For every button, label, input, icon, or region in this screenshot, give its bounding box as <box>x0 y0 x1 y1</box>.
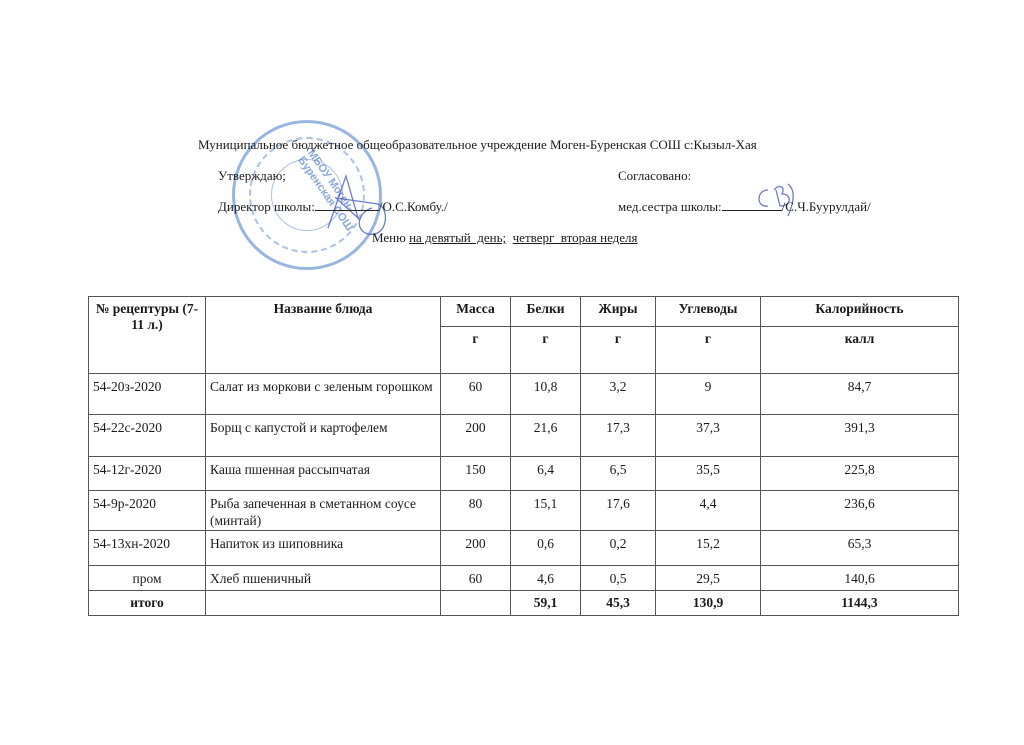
header-mass: Масса <box>441 297 511 327</box>
cell-carbs: 9 <box>656 374 761 415</box>
table-row: 54-9р-2020Рыба запеченная в сметанном со… <box>89 491 959 531</box>
nurse-line: мед.сестра школы:/С.Ч.Буурулдай/ <box>618 199 871 215</box>
approval-label: Утверждаю; <box>218 168 286 184</box>
cell-dish: Напиток из шиповника <box>206 531 441 566</box>
cell-dish: Хлеб пшеничный <box>206 566 441 591</box>
cell-carbs: 15,2 <box>656 531 761 566</box>
table-row: промХлеб пшеничный604,60,529,5140,6 <box>89 566 959 591</box>
cell-recipe: 54-22с-2020 <box>89 415 206 457</box>
cell-fat: 0,2 <box>581 531 656 566</box>
header-protein: Белки <box>511 297 581 327</box>
cell-fat: 17,3 <box>581 415 656 457</box>
cell-carbs: 35,5 <box>656 457 761 491</box>
cell-calories: 236,6 <box>761 491 959 531</box>
menu-week: четверг вторая неделя <box>513 230 638 245</box>
cell-protein: 21,6 <box>511 415 581 457</box>
cell-dish: Рыба запеченная в сметанном соусе (минта… <box>206 491 441 531</box>
cell-mass: 80 <box>441 491 511 531</box>
total-calories: 1144,3 <box>761 591 959 616</box>
cell-calories: 391,3 <box>761 415 959 457</box>
total-label: итого <box>89 591 206 616</box>
cell-dish: Борщ с капустой и картофелем <box>206 415 441 457</box>
total-dish <box>206 591 441 616</box>
total-protein: 59,1 <box>511 591 581 616</box>
unit-fat: г <box>581 327 656 374</box>
total-row: итого 59,1 45,3 130,9 1144,3 <box>89 591 959 616</box>
cell-carbs: 29,5 <box>656 566 761 591</box>
cell-mass: 150 <box>441 457 511 491</box>
cell-mass: 200 <box>441 531 511 566</box>
header-carbs: Углеводы <box>656 297 761 327</box>
cell-fat: 0,5 <box>581 566 656 591</box>
cell-recipe: 54-20з-2020 <box>89 374 206 415</box>
menu-day: на девятый день; <box>409 230 506 245</box>
director-role: Директор школы: <box>218 199 315 214</box>
cell-calories: 225,8 <box>761 457 959 491</box>
cell-carbs: 4,4 <box>656 491 761 531</box>
cell-protein: 15,1 <box>511 491 581 531</box>
cell-mass: 200 <box>441 415 511 457</box>
unit-calories: калл <box>761 327 959 374</box>
cell-dish: Каша пшенная рассыпчатая <box>206 457 441 491</box>
total-fat: 45,3 <box>581 591 656 616</box>
menu-title: Меню на девятый день; четверг вторая нед… <box>372 230 638 246</box>
nurse-signature-line <box>722 210 782 211</box>
menu-prefix: Меню <box>372 230 409 245</box>
director-signature-line <box>315 210 379 211</box>
header-row: № рецептуры (7-11 л.) Название блюда Мас… <box>89 297 959 327</box>
table-row: 54-12г-2020Каша пшенная рассыпчатая1506,… <box>89 457 959 491</box>
cell-calories: 65,3 <box>761 531 959 566</box>
cell-fat: 6,5 <box>581 457 656 491</box>
cell-protein: 0,6 <box>511 531 581 566</box>
header-fat: Жиры <box>581 297 656 327</box>
cell-recipe: 54-12г-2020 <box>89 457 206 491</box>
unit-protein: г <box>511 327 581 374</box>
cell-carbs: 37,3 <box>656 415 761 457</box>
director-line: Директор школы:/О.С.Комбу./ <box>218 199 448 215</box>
nurse-name: /С.Ч.Буурулдай/ <box>782 199 871 214</box>
nurse-role: мед.сестра школы: <box>618 199 722 214</box>
cell-dish: Салат из моркови с зеленым горошком <box>206 374 441 415</box>
table-row: 54-22с-2020Борщ с капустой и картофелем2… <box>89 415 959 457</box>
header-calories: Калорийность <box>761 297 959 327</box>
cell-recipe: пром <box>89 566 206 591</box>
unit-mass: г <box>441 327 511 374</box>
unit-carbs: г <box>656 327 761 374</box>
cell-calories: 140,6 <box>761 566 959 591</box>
total-mass <box>441 591 511 616</box>
cell-protein: 4,6 <box>511 566 581 591</box>
cell-recipe: 54-13хн-2020 <box>89 531 206 566</box>
header-recipe: № рецептуры (7-11 л.) <box>89 297 206 374</box>
cell-calories: 84,7 <box>761 374 959 415</box>
nutrition-table: № рецептуры (7-11 л.) Название блюда Мас… <box>88 296 959 616</box>
cell-mass: 60 <box>441 566 511 591</box>
total-carbs: 130,9 <box>656 591 761 616</box>
cell-recipe: 54-9р-2020 <box>89 491 206 531</box>
director-name: /О.С.Комбу./ <box>379 199 448 214</box>
institution-name: Муниципальное бюджетное общеобразователь… <box>198 137 757 153</box>
table-row: 54-20з-2020Салат из моркови с зеленым го… <box>89 374 959 415</box>
cell-fat: 17,6 <box>581 491 656 531</box>
agreement-label: Согласовано: <box>618 168 691 184</box>
cell-protein: 10,8 <box>511 374 581 415</box>
cell-protein: 6,4 <box>511 457 581 491</box>
table-row: 54-13хн-2020Напиток из шиповника2000,60,… <box>89 531 959 566</box>
header-dish: Название блюда <box>206 297 441 374</box>
cell-fat: 3,2 <box>581 374 656 415</box>
cell-mass: 60 <box>441 374 511 415</box>
